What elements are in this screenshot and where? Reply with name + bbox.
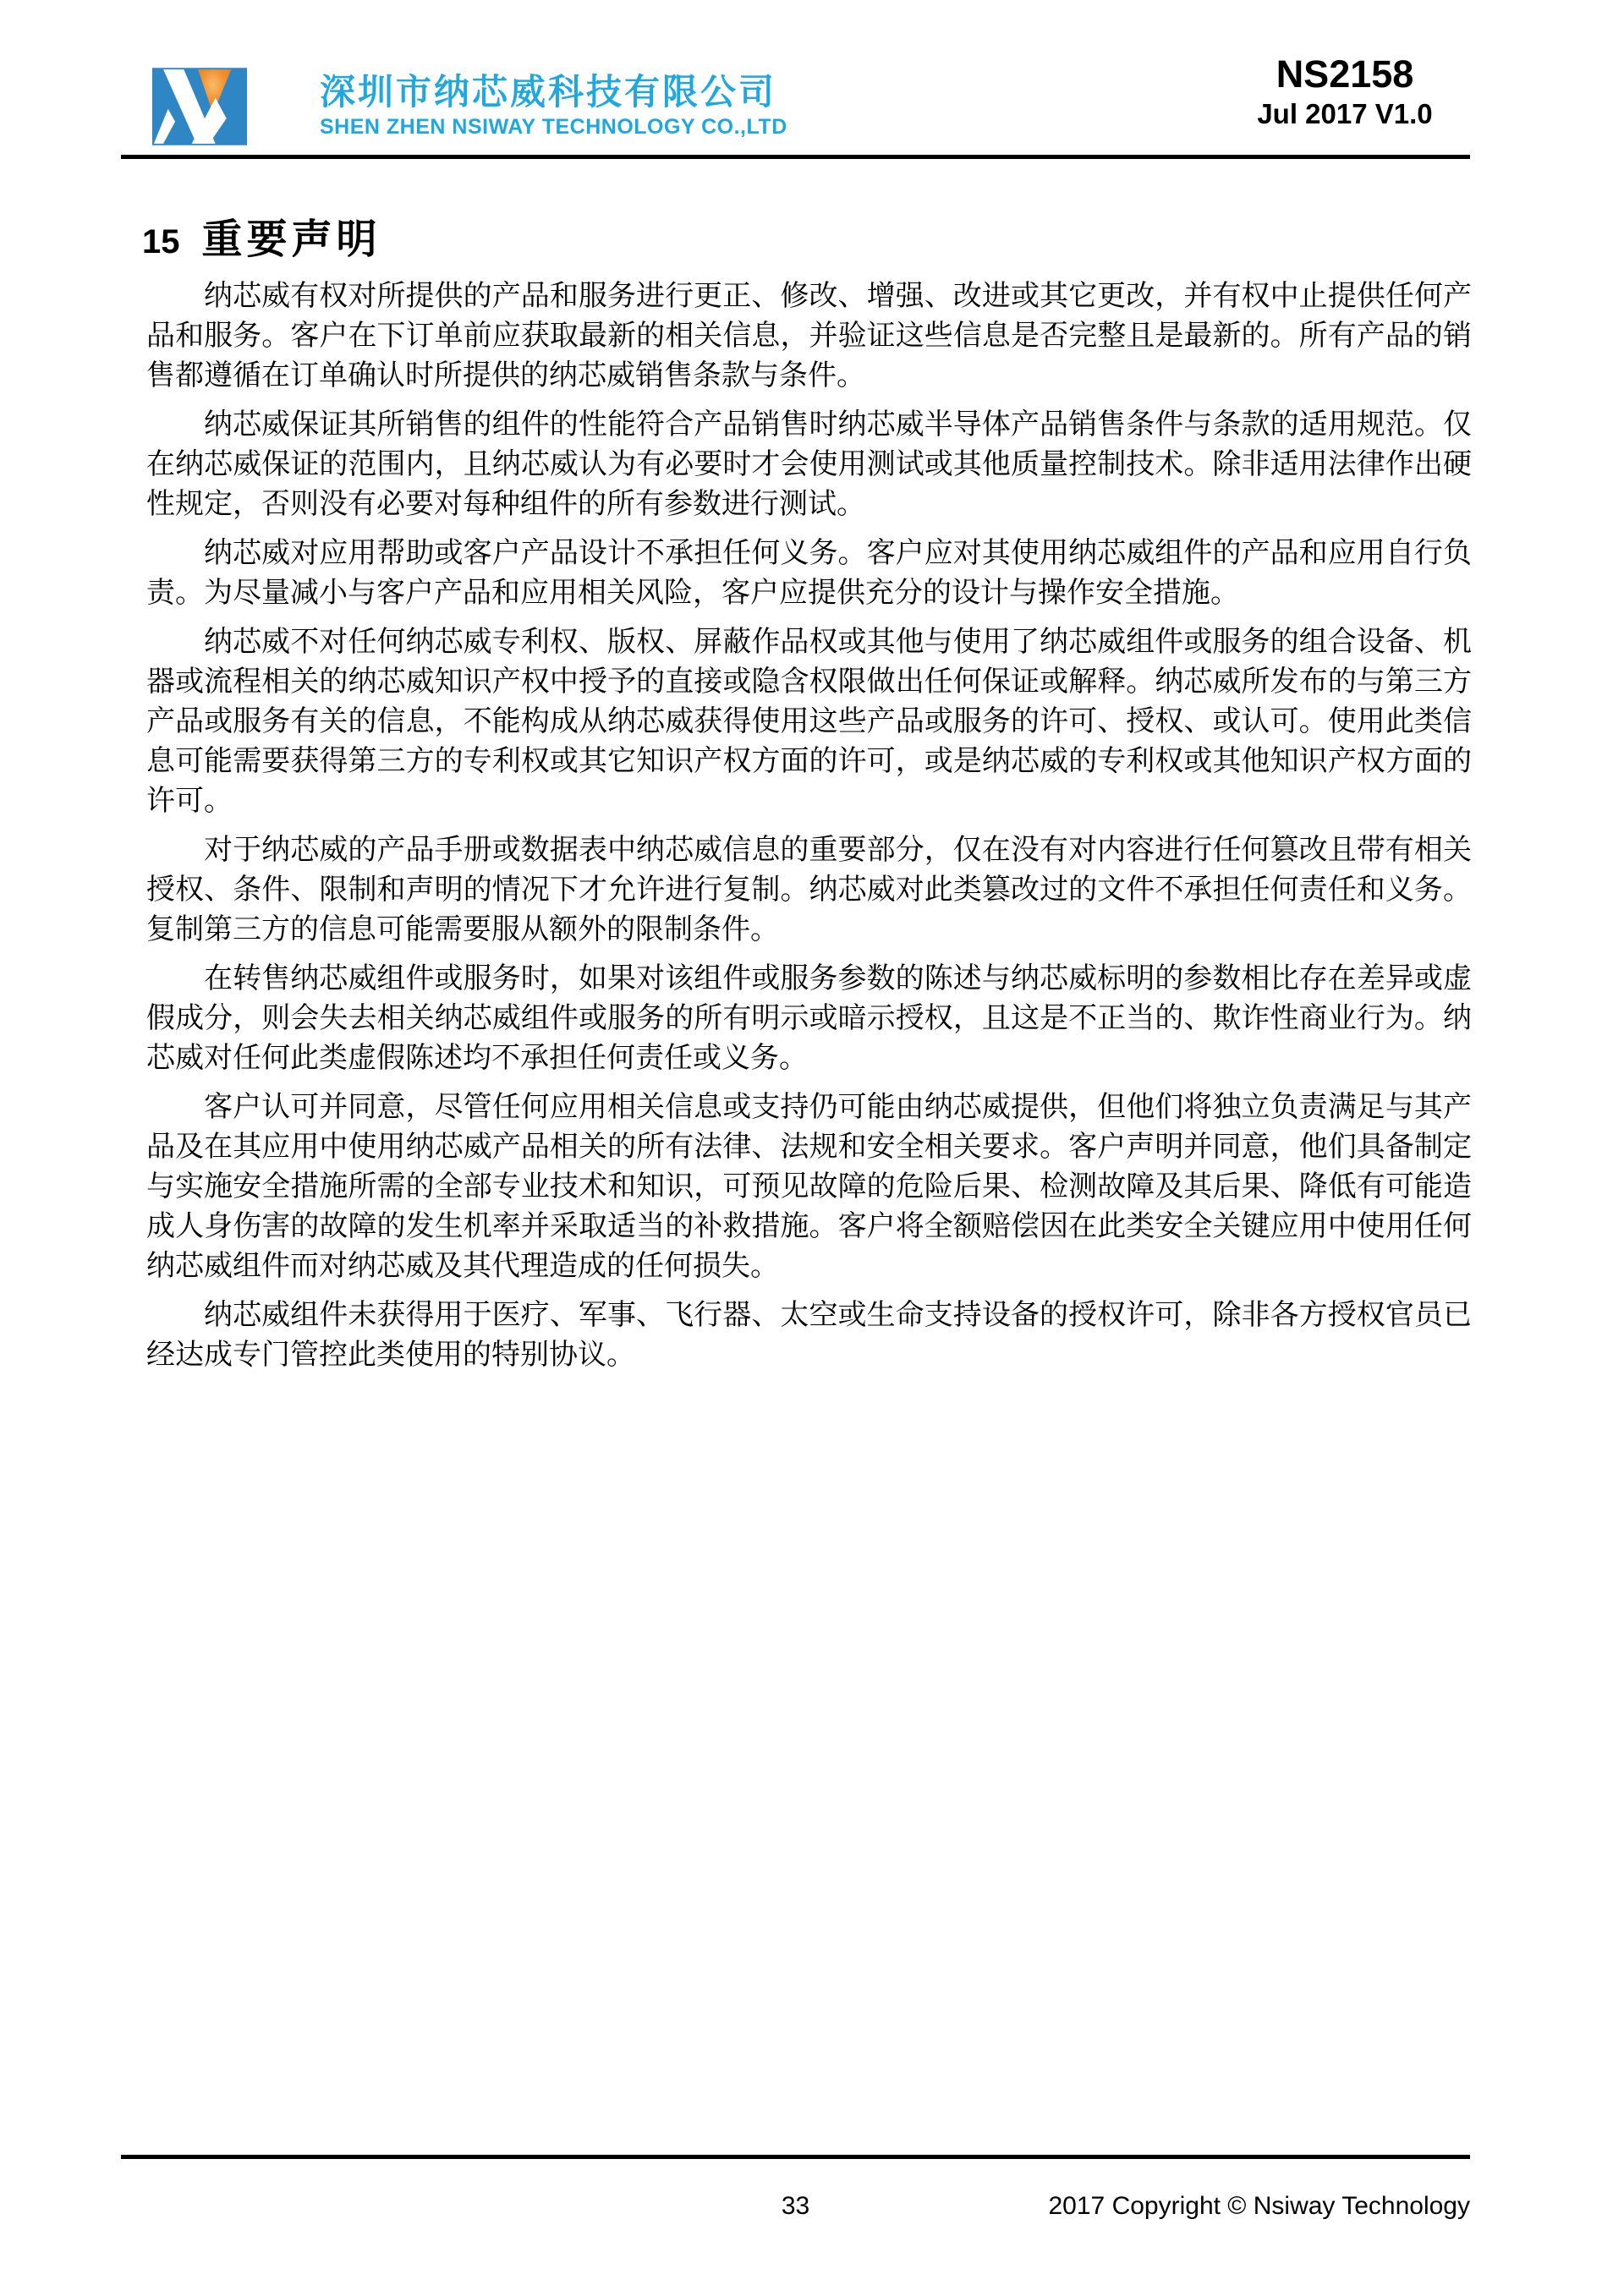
statement-text: 纳芯威有权对所提供的产品和服务进行更正、修改、增强、改进或其它更改，并有权中止提… [146, 277, 1472, 1384]
datasheet-page: 深圳市纳芯威科技有限公司 SHEN ZHEN NSIWAY TECHNOLOGY… [0, 0, 1624, 2296]
statement-paragraph: 纳芯威不对任何纳芯威专利权、版权、屏蔽作品权或其他与使用了纳芯威组件或服务的组合… [146, 622, 1472, 821]
nsiway-logo-icon [152, 68, 247, 145]
statement-paragraph: 纳芯威保证其所销售的组件的性能符合产品销售时纳芯威半导体产品销售条件与条款的适用… [146, 405, 1472, 524]
footer-divider [121, 2155, 1470, 2159]
company-name-block: 深圳市纳芯威科技有限公司 SHEN ZHEN NSIWAY TECHNOLOGY… [320, 73, 787, 140]
part-version-block: NS2158 Jul 2017 V1.0 [1226, 52, 1463, 131]
statement-paragraph: 纳芯威组件未获得用于医疗、军事、飞行器、太空或生命支持设备的授权许可，除非各方授… [146, 1296, 1472, 1375]
section-heading: 重要声明 [202, 206, 381, 265]
header-divider [121, 155, 1470, 159]
statement-paragraph: 在转售纳芯威组件或服务时，如果对该组件或服务参数的陈述与纳芯威标明的参数相比存在… [146, 959, 1472, 1078]
part-number: NS2158 [1226, 52, 1463, 96]
statement-paragraph: 对于纳芯威的产品手册或数据表中纳芯威信息的重要部分，仅在没有对内容进行任何篡改且… [146, 830, 1472, 950]
company-name-cn: 深圳市纳芯威科技有限公司 [320, 73, 787, 112]
statement-paragraph: 客户认可并同意，尽管任何应用相关信息或支持仍可能由纳芯威提供，但他们将独立负责满… [146, 1088, 1472, 1286]
company-name-en: SHEN ZHEN NSIWAY TECHNOLOGY CO.,LTD [320, 116, 787, 140]
revision-date: Jul 2017 V1.0 [1226, 96, 1463, 131]
statement-paragraph: 纳芯威有权对所提供的产品和服务进行更正、修改、增强、改进或其它更改，并有权中止提… [146, 277, 1472, 396]
section-title: 15 重要声明 [142, 206, 381, 265]
footer-row: 33 2017 Copyright © Nsiway Technology [121, 2192, 1470, 2226]
section-number: 15 [142, 223, 180, 261]
copyright-text: 2017 Copyright © Nsiway Technology [1049, 2192, 1471, 2221]
statement-paragraph: 纳芯威对应用帮助或客户产品设计不承担任何义务。客户应对其使用纳芯威组件的产品和应… [146, 534, 1472, 613]
